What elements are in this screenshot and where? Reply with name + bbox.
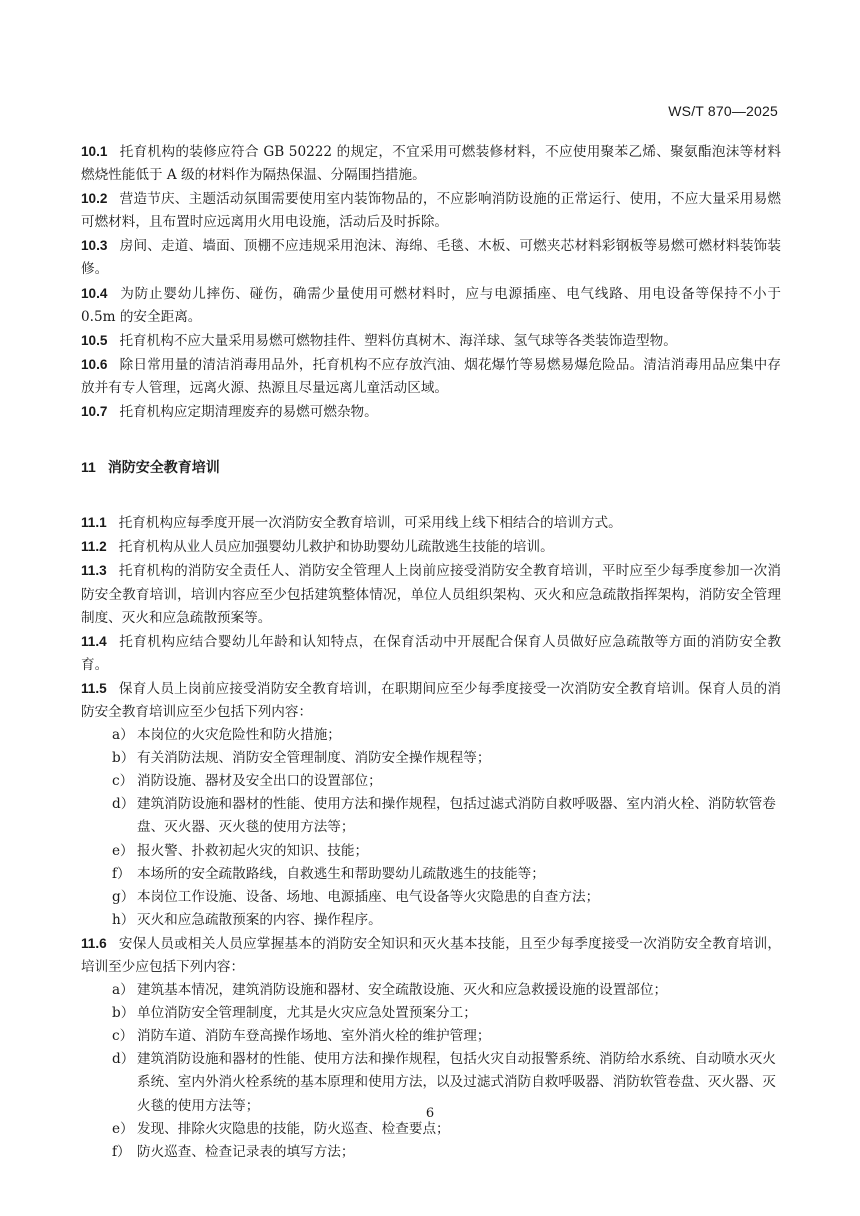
clause-11-6-list: a）建筑基本情况，建筑消防设施和器材、安全疏散设施、灭火和应急救援设施的设置部位… bbox=[81, 979, 781, 1164]
list-item: e）发现、排除火灾隐患的技能，防火巡查、检查要点； bbox=[81, 1118, 781, 1141]
clause-10-1: 10.1托育机构的装修应符合 GB 50222 的规定，不宜采用可燃装修材料，不… bbox=[81, 140, 781, 187]
list-item: g）本岗位工作设施、设备、场地、电源插座、电气设备等火灾隐患的自查方法； bbox=[81, 886, 781, 909]
list-item: c）消防设施、器材及安全出口的设置部位； bbox=[81, 770, 781, 793]
document-body: 10.1托育机构的装修应符合 GB 50222 的规定，不宜采用可燃装修材料，不… bbox=[81, 140, 781, 1164]
list-item: f）防火巡查、检查记录表的填写方法； bbox=[81, 1141, 781, 1164]
clause-10-6: 10.6除日常用量的清洁消毒用品外，托育机构不应存放汽油、烟花爆竹等易燃易爆危险… bbox=[81, 353, 781, 400]
list-item: b）单位消防安全管理制度，尤其是火灾应急处置预案分工； bbox=[81, 1002, 781, 1025]
clause-11-4: 11.4托育机构应结合婴幼儿年龄和认知特点，在保育活动中开展配合保育人员做好应急… bbox=[81, 630, 781, 677]
list-item: c）消防车道、消防车登高操作场地、室外消火栓的维护管理； bbox=[81, 1025, 781, 1048]
clause-11-1: 11.1托育机构应每季度开展一次消防安全教育培训，可采用线上线下相结合的培训方式… bbox=[81, 511, 781, 535]
list-item: h）灭火和应急疏散预案的内容、操作程序。 bbox=[81, 909, 781, 932]
document-page: WS/T 870—2025 10.1托育机构的装修应符合 GB 50222 的规… bbox=[0, 0, 860, 1216]
list-item: e）报火警、扑救初起火灾的知识、技能； bbox=[81, 840, 781, 863]
clause-10-5: 10.5托育机构不应大量采用易燃可燃物挂件、塑料仿真树木、海洋球、氢气球等各类装… bbox=[81, 329, 781, 353]
clause-11-2: 11.2托育机构从业人员应加强婴幼儿救护和协助婴幼儿疏散逃生技能的培训。 bbox=[81, 535, 781, 559]
clause-11-3: 11.3托育机构的消防安全责任人、消防安全管理人上岗前应接受消防安全教育培训，平… bbox=[81, 559, 781, 629]
clause-10-2: 10.2营造节庆、主题活动氛围需要使用室内装饰物品的，不应影响消防设施的正常运行… bbox=[81, 187, 781, 234]
clause-11-5: 11.5保育人员上岗前应接受消防安全教育培训，在职期间应至少每季度接受一次消防安… bbox=[81, 677, 781, 724]
list-item: a）建筑基本情况，建筑消防设施和器材、安全疏散设施、灭火和应急救援设施的设置部位… bbox=[81, 979, 781, 1002]
clause-11-6: 11.6安保人员或相关人员应掌握基本的消防安全知识和灭火基本技能，且至少每季度接… bbox=[81, 932, 781, 979]
clause-10-3: 10.3房间、走道、墙面、顶棚不应违规采用泡沫、海绵、毛毯、木板、可燃夹芯材料彩… bbox=[81, 234, 781, 281]
page-number: 6 bbox=[0, 1106, 860, 1121]
chapter-11-heading: 11消防安全教育培训 bbox=[81, 456, 781, 479]
list-item: b）有关消防法规、消防安全管理制度、消防安全操作规程等； bbox=[81, 747, 781, 770]
list-item: f）本场所的安全疏散路线，自救逃生和帮助婴幼儿疏散逃生的技能等； bbox=[81, 863, 781, 886]
clause-10-7: 10.7托育机构应定期清理废弃的易燃可燃杂物。 bbox=[81, 400, 781, 424]
standard-code: WS/T 870—2025 bbox=[668, 103, 778, 119]
clause-11-5-list: a）本岗位的火灾危险性和防火措施； b）有关消防法规、消防安全管理制度、消防安全… bbox=[81, 724, 781, 932]
clause-10-4: 10.4为防止婴幼儿摔伤、碰伤，确需少量使用可燃材料时，应与电源插座、电气线路、… bbox=[81, 282, 781, 329]
list-item: a）本岗位的火灾危险性和防火措施； bbox=[81, 724, 781, 747]
list-item: d）建筑消防设施和器材的性能、使用方法和操作规程，包括过滤式消防自救呼吸器、室内… bbox=[81, 793, 781, 839]
